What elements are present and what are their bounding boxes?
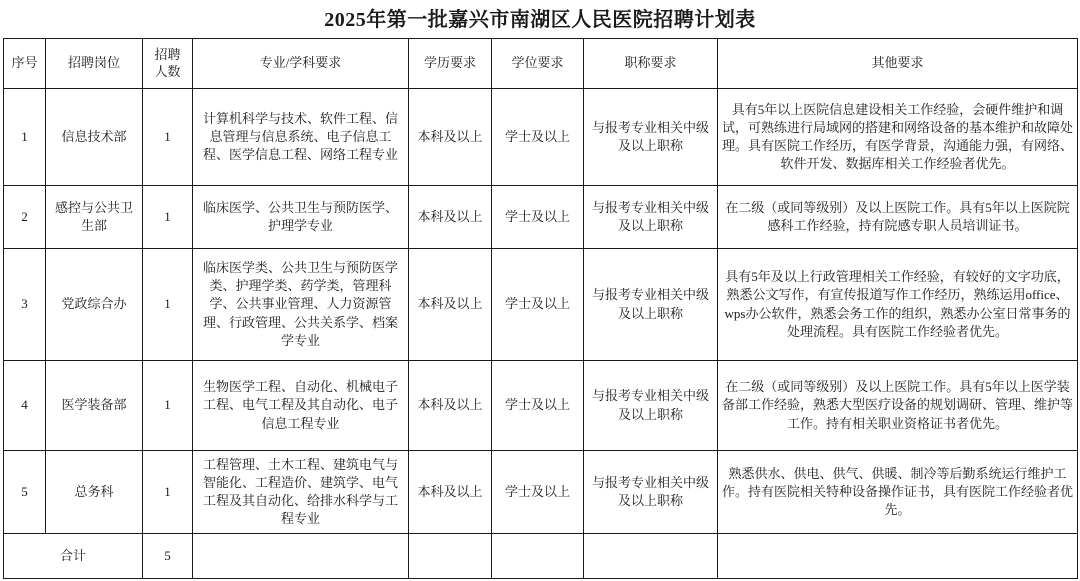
header-degree: 学位要求 (492, 39, 584, 89)
cell-major: 工程管理、土木工程、建筑电气与智能化、工程造价、建筑学、电气工程及其自动化、给排… (193, 451, 409, 534)
cell-title-req: 与报考专业相关中级及以上职称 (584, 451, 718, 534)
total-empty-cell (718, 534, 1078, 579)
cell-degree: 学士及以上 (492, 361, 584, 451)
cell-seq: 5 (4, 451, 46, 534)
cell-seq: 2 (4, 186, 46, 249)
cell-education: 本科及以上 (409, 89, 492, 186)
cell-other: 在二级（或同等级别）及以上医院工作。具有5年以上医学装备部工作经验，熟悉大型医疗… (718, 361, 1078, 451)
cell-degree: 学士及以上 (492, 451, 584, 534)
cell-seq: 1 (4, 89, 46, 186)
cell-title-req: 与报考专业相关中级及以上职称 (584, 361, 718, 451)
cell-degree: 学士及以上 (492, 186, 584, 249)
cell-other: 具有5年以上医院信息建设相关工作经验，会硬件维护和调试，可熟练进行局域网的搭建和… (718, 89, 1078, 186)
cell-education: 本科及以上 (409, 186, 492, 249)
cell-title-req: 与报考专业相关中级及以上职称 (584, 186, 718, 249)
cell-other: 熟悉供水、供电、供气、供暖、制冷等后勤系统运行维护工作。持有医院相关特种设备操作… (718, 451, 1078, 534)
cell-position: 总务科 (46, 451, 143, 534)
cell-count: 1 (143, 249, 193, 361)
total-empty-cell (193, 534, 409, 579)
page-title: 2025年第一批嘉兴市南湖区人民医院招聘计划表 (0, 0, 1080, 38)
header-education: 学历要求 (409, 39, 492, 89)
table-row: 2 感控与公共卫生部 1 临床医学、公共卫生与预防医学、护理学专业 本科及以上 … (4, 186, 1078, 249)
cell-degree: 学士及以上 (492, 89, 584, 186)
page: 2025年第一批嘉兴市南湖区人民医院招聘计划表 序号 招聘岗位 招聘人数 专业/… (0, 0, 1080, 581)
table-total-row: 合计 5 (4, 534, 1078, 579)
header-seq: 序号 (4, 39, 46, 89)
cell-seq: 4 (4, 361, 46, 451)
cell-count: 1 (143, 361, 193, 451)
cell-position: 信息技术部 (46, 89, 143, 186)
cell-count: 1 (143, 186, 193, 249)
cell-education: 本科及以上 (409, 249, 492, 361)
total-label-cell: 合计 (4, 534, 143, 579)
header-other: 其他要求 (718, 39, 1078, 89)
cell-other: 具有5年及以上行政管理相关工作经验，有较好的文字功底，熟悉公文写作，有宣传报道写… (718, 249, 1078, 361)
recruitment-plan-table: 序号 招聘岗位 招聘人数 专业/学科要求 学历要求 学位要求 职称要求 其他要求… (3, 38, 1078, 579)
cell-other: 在二级（或同等级别）及以上医院工作。具有5年以上医院院感科工作经验，持有院感专职… (718, 186, 1078, 249)
cell-position: 党政综合办 (46, 249, 143, 361)
total-empty-cell (584, 534, 718, 579)
cell-major: 计算机科学与技术、软件工程、信息管理与信息系统、电子信息工程、医学信息工程、网络… (193, 89, 409, 186)
header-count-label: 招聘人数 (155, 46, 181, 81)
header-title-req: 职称要求 (584, 39, 718, 89)
cell-degree: 学士及以上 (492, 249, 584, 361)
cell-count: 1 (143, 89, 193, 186)
table-row: 5 总务科 1 工程管理、土木工程、建筑电气与智能化、工程造价、建筑学、电气工程… (4, 451, 1078, 534)
cell-major: 临床医学、公共卫生与预防医学、护理学专业 (193, 186, 409, 249)
cell-education: 本科及以上 (409, 361, 492, 451)
cell-title-req: 与报考专业相关中级及以上职称 (584, 89, 718, 186)
table-row: 3 党政综合办 1 临床医学类、公共卫生与预防医学类、护理学类、药学类，管理科学… (4, 249, 1078, 361)
total-empty-cell (409, 534, 492, 579)
total-count-cell: 5 (143, 534, 193, 579)
table-row: 1 信息技术部 1 计算机科学与技术、软件工程、信息管理与信息系统、电子信息工程… (4, 89, 1078, 186)
cell-major: 生物医学工程、自动化、机械电子工程、电气工程及其自动化、电子信息工程专业 (193, 361, 409, 451)
cell-major: 临床医学类、公共卫生与预防医学类、护理学类、药学类，管理科学、公共事业管理、人力… (193, 249, 409, 361)
cell-position: 医学装备部 (46, 361, 143, 451)
cell-count: 1 (143, 451, 193, 534)
table-header-row: 序号 招聘岗位 招聘人数 专业/学科要求 学历要求 学位要求 职称要求 其他要求 (4, 39, 1078, 89)
cell-education: 本科及以上 (409, 451, 492, 534)
header-count: 招聘人数 (143, 39, 193, 89)
cell-seq: 3 (4, 249, 46, 361)
cell-position: 感控与公共卫生部 (46, 186, 143, 249)
header-position: 招聘岗位 (46, 39, 143, 89)
total-empty-cell (492, 534, 584, 579)
cell-title-req: 与报考专业相关中级及以上职称 (584, 249, 718, 361)
header-major: 专业/学科要求 (193, 39, 409, 89)
table-row: 4 医学装备部 1 生物医学工程、自动化、机械电子工程、电气工程及其自动化、电子… (4, 361, 1078, 451)
